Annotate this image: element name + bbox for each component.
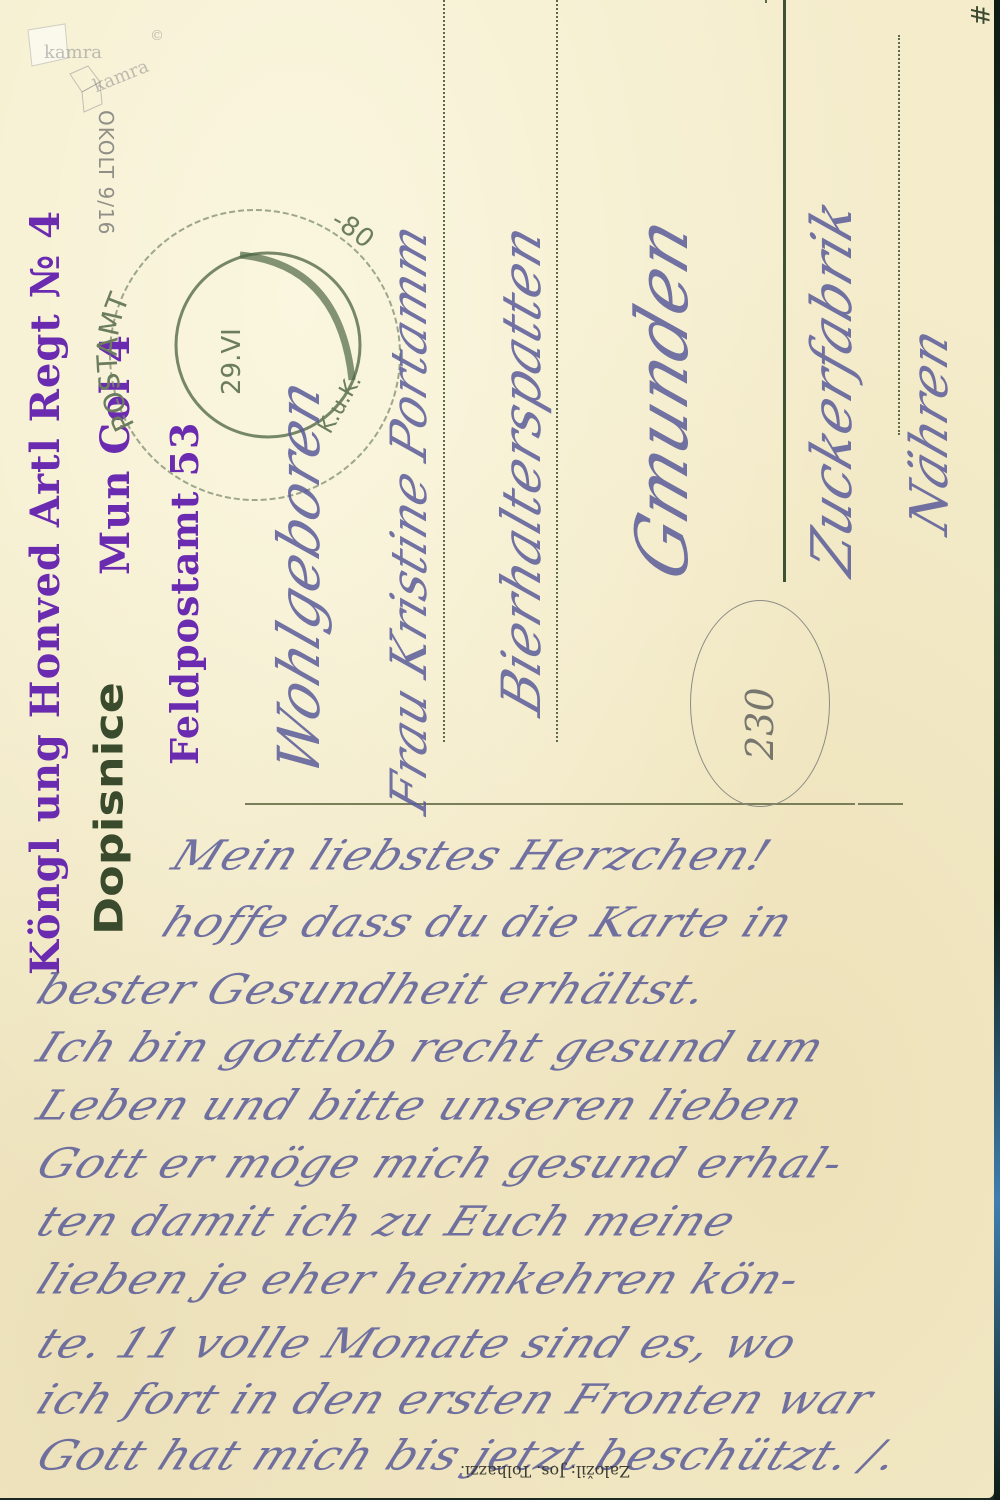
postmark-outer-text: POSTAMT [90,287,141,436]
svg-text:-80: -80 [327,205,380,255]
message-line-10: ich fort in den ersten Fronten war [30,1375,881,1424]
message-divider-end [858,803,903,805]
corner-hash-mark: # [964,4,994,26]
unit-stamp-line-1: Köngl ung Honved Artl Regt № 4 [22,210,69,975]
message-line-2: hoffe dass du die Karte in [155,898,801,947]
postmark-code: -80 [327,205,380,255]
postmark: POSTAMT -80 29.VI K.u.K. [90,195,420,525]
address-hw-line-5: Zuckerfabrik [800,191,865,583]
message-line-8: lieben je eher heimkehren kön- [30,1255,808,1304]
address-line-2 [556,0,558,742]
message-line-3: bester Gesundheit erhältst. [30,965,716,1014]
message-line-7: ten damit ich zu Euch meine [30,1197,744,1246]
message-line-9: te. 11 volle Monate sind es, wo [30,1319,805,1368]
message-line-4: Ich bin gottlob recht gesund um [30,1023,832,1072]
address-hw-line-2: Frau Kristine Portamm [380,216,438,821]
message-line-5: Leben und bitte unseren lieben [30,1081,811,1130]
scan-edge [994,0,1000,1500]
address-line-1 [443,0,445,742]
message-line-6: Gott er möge mich gesund erhal- [30,1139,852,1188]
postcard: kamra kamra © OKOLT 9/16 Köngl ung Honve… [0,0,994,1498]
address-hw-line-1: Wohlgeboren [265,371,333,785]
postmark-date: 29.VI [217,328,247,395]
pencil-oval-number: 230 [738,687,782,760]
address-hw-line-3: Bierhalterspatten [490,217,553,723]
address-hw-line-6: Nähren [900,321,960,542]
postmark-rings-icon: POSTAMT -80 29.VI K.u.K. [90,195,420,525]
watermark-text-primary: kamra [44,42,102,63]
address-line-3 [765,0,767,1]
copyright-icon: © [150,28,164,44]
card-type-label: Dopisnice [86,682,132,935]
address-hw-line-4: Gmunden [620,206,704,590]
address-divider [783,0,786,582]
printer-imprint: Založil: Jos. Tolhazzi. [460,1462,630,1481]
message-line-1: Mein liebstes Herzchen! [165,831,779,880]
